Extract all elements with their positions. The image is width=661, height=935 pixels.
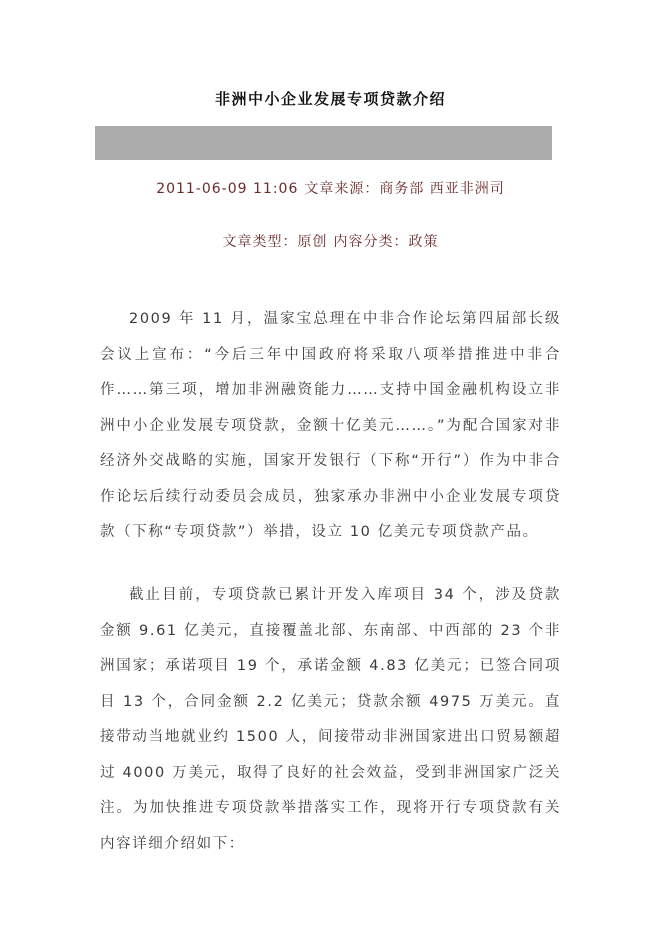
article-meta-type-line: 文章类型：原创内容分类：政策 xyxy=(0,231,661,251)
header-gray-bar xyxy=(95,126,552,160)
category-value: 政策 xyxy=(409,234,439,250)
category-label: 内容分类： xyxy=(334,234,409,250)
document-title: 非洲中小企业发展专项贷款介绍 xyxy=(0,88,661,109)
type-value: 原创 xyxy=(298,234,328,250)
source-value: 商务部 西亚非洲司 xyxy=(379,181,504,197)
source-label: 文章来源： xyxy=(304,181,379,197)
body-paragraph-1: 2009 年 11 月，温家宝总理在中非合作论坛第四届部长级会议上宣布：“今后三… xyxy=(100,302,561,551)
article-datetime: 2011-06-09 11:06 xyxy=(156,181,298,197)
article-meta-source-line: 2011-06-09 11:06文章来源：商务部 西亚非洲司 xyxy=(0,178,661,198)
type-label: 文章类型： xyxy=(223,234,298,250)
document-page: 非洲中小企业发展专项贷款介绍 2011-06-09 11:06文章来源：商务部 … xyxy=(0,0,661,935)
body-paragraph-2: 截止目前，专项贷款已累计开发入库项目 34 个，涉及贷款金额 9.61 亿美元，… xyxy=(100,578,561,862)
